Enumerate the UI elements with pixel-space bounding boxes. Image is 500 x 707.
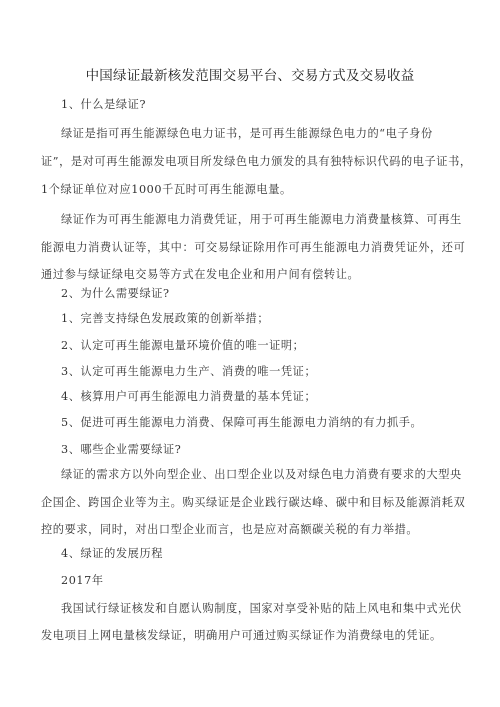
text-line: 2、为什么需要绿证? xyxy=(61,285,170,301)
text-line: 绿证作为可再生能源电力消费凭证，用于可再生能源电力消费量核算、可再生 xyxy=(61,211,462,227)
text-line: 企国企、跨国企业等为主。购买绿证是企业践行碳达峰、碳中和目标及能源消耗双 xyxy=(41,494,465,510)
text-line: 能源电力消费认证等，其中：可交易绿证除用作可再生能源电力消费凭证外，还可 xyxy=(41,239,465,255)
text-line: 3、哪些企业需要绿证? xyxy=(61,441,181,457)
text-line: 4、核算用户可再生能源电力消费量的基本凭证； xyxy=(61,388,316,404)
text-line: 我国试行绿证核发和自愿认购制度，国家对享受补贴的陆上风电和集中式光伏 xyxy=(61,600,462,616)
text-line: 5、促进可再生能源电力消费、保障可再生能源电力消纳的有力抓手。 xyxy=(61,414,422,430)
text-line: 控的要求，同时，对出口型企业而言，也是应对高额碳关税的有力举措。 xyxy=(41,521,418,537)
text-line: 绿证的需求方以外向型企业、出口型企业以及对绿色电力消费有要求的大型央 xyxy=(61,466,462,482)
text-line: 1、完善支持绿色发展政策的创新举措； xyxy=(61,310,269,326)
text-line: 发电项目上网电量核发绿证，明确用户可通过购买绿证作为消费绿电的凭证。 xyxy=(41,627,442,643)
document-page: 中国绿证最新核发范围交易平台、交易方式及交易收益 1、什么是绿证?绿证是指可再生… xyxy=(0,0,500,707)
text-line: 4、绿证的发展历程 xyxy=(61,545,163,561)
text-line: 1、什么是绿证? xyxy=(61,96,146,112)
text-line: 证”，是对可再生能源发电项目所发绿色电力颁发的具有独特标识代码的电子证书， xyxy=(41,153,472,169)
text-line: 2、认定可再生能源电量环境价值的唯一证明； xyxy=(61,337,304,353)
text-line: 1个绿证单位对应1000千瓦时可再生能源电量。 xyxy=(41,181,292,197)
text-line: 通过参与绿证绿电交易等方式在发电企业和用户间有偿转让。 xyxy=(41,266,359,282)
text-line: 3、认定可再生能源电力生产、消费的唯一凭证； xyxy=(61,363,316,379)
text-line: 2017年 xyxy=(61,572,104,588)
text-line: 绿证是指可再生能源绿色电力证书，是可再生能源绿色电力的“电子身份 xyxy=(61,125,433,141)
document-title: 中国绿证最新核发范围交易平台、交易方式及交易收益 xyxy=(0,64,500,84)
